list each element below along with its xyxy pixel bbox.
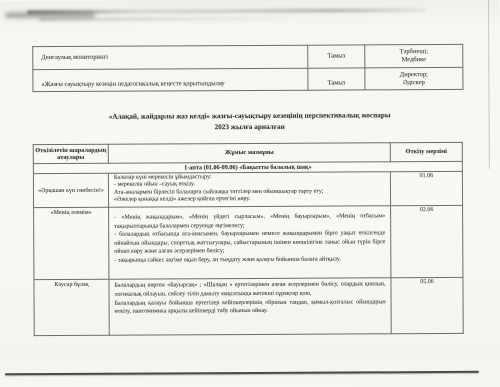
date-cell: 02.06 bbox=[391, 205, 463, 277]
summary-table-row: «Жазғы сауықтыру кезеңін педагогикалық к… bbox=[33, 67, 463, 91]
work-content-cell: Балалардың көрген «Бауырсақ» ; «Шалқан »… bbox=[109, 278, 391, 335]
summary-term-cell: Тамыз bbox=[308, 68, 365, 90]
activity-name-cell: «Әрқашан күн сөнбесін!» bbox=[33, 173, 108, 207]
scan-smudge-faint bbox=[39, 17, 289, 21]
plan-table-header-row: Өткізілетін шаралардың атаулары Жұмыс ма… bbox=[33, 142, 462, 163]
scan-bottom-edge-bar bbox=[5, 371, 479, 376]
document-title: «Алақай, жайдарлы жаз келді» жазғы-сауық… bbox=[0, 110, 500, 134]
work-content-cell: - «Менің жақындарым», «Менің үйдегі сырл… bbox=[109, 206, 391, 279]
date-cell: 01.06 bbox=[390, 171, 462, 205]
summary-term-cell: Тамыз bbox=[308, 45, 365, 68]
plan-table-row: Кәусар бұлақ Балалардың көрген «Бауырсақ… bbox=[34, 277, 463, 335]
scan-smudge-streak bbox=[27, 8, 427, 14]
plan-table: Өткізілетін шаралардың атаулары Жұмыс ма… bbox=[33, 142, 464, 336]
summary-activity-cell: Денсаулық мониторингі bbox=[33, 45, 308, 69]
summary-table-row: Денсаулық мониторингі Тамыз Тәрбиеші; Ме… bbox=[33, 44, 463, 69]
date-cell: 05.06 bbox=[391, 277, 463, 333]
header-activities-column: Өткізілетін шаралардың атаулары bbox=[33, 144, 108, 163]
document-title-line2: 2023 жылға арналған bbox=[0, 120, 500, 133]
header-content-column: Жұмыс мазмұны bbox=[108, 143, 390, 163]
scanned-document-page: Денсаулық мониторингі Тамыз Тәрбиеші; Ме… bbox=[0, 0, 500, 386]
summary-responsible-cell: Директор; Әдіскер bbox=[365, 67, 463, 90]
activity-name-cell: Кәусар бұлақ bbox=[34, 279, 109, 335]
activity-name-cell: «Менің әлемім» bbox=[34, 207, 109, 279]
work-content-cell: Балалар күні мерекесін ұйымдастыру: - ме… bbox=[108, 172, 390, 207]
summary-activity-cell: «Жазғы сауықтыру кезеңін педагогикалық к… bbox=[33, 68, 308, 91]
plan-table-row: «Әрқашан күн сөнбесін!» Балалар күні мер… bbox=[33, 171, 462, 207]
summary-table: Денсаулық мониторингі Тамыз Тәрбиеші; Ме… bbox=[32, 44, 463, 92]
header-date-column: Өткізу мерзімі bbox=[390, 142, 462, 161]
summary-responsible-cell: Тәрбиеші; Медбике bbox=[365, 44, 463, 68]
scan-page-edge-line bbox=[488, 0, 490, 169]
plan-table-row: «Менің әлемім» - «Менің жақындарым», «Ме… bbox=[34, 205, 463, 279]
